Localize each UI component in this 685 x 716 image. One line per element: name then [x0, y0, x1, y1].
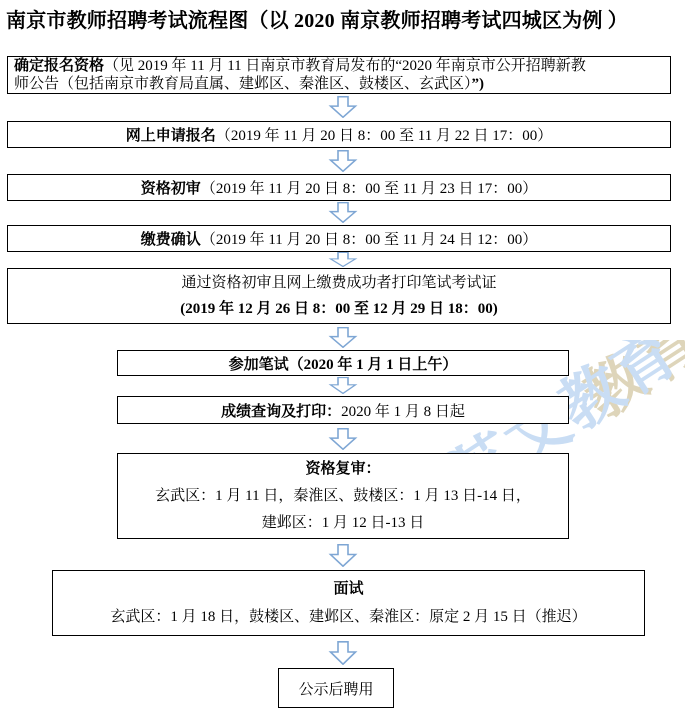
down-arrow-icon — [328, 252, 358, 267]
step-text-line: 玄武区：1 月 11 日，秦淮区、鼓楼区：1 月 13 日-14 日， — [118, 483, 568, 510]
step-text-line: 通过资格初审且网上缴费成功者打印笔试考试证 — [8, 270, 670, 296]
flow-step-public-announcement-hiring: 公示后聘用 — [278, 668, 394, 708]
step-text-line: 参加笔试（2020 年 1 月 1 日上午） — [118, 353, 568, 374]
down-arrow-icon — [328, 96, 358, 118]
flow-step-qualification-recheck: 资格复审：玄武区：1 月 11 日，秦淮区、鼓楼区：1 月 13 日-14 日，… — [117, 453, 569, 539]
step-text-line: 资格复审： — [118, 456, 568, 483]
step-text-line: 确定报名资格（见 2019 年 11 月 11 日南京市教育局发布的“2020 … — [8, 57, 670, 75]
flow-step-score-inquiry-print: 成绩查询及打印：2020 年 1 月 8 日起 — [117, 396, 569, 424]
flow-step-interview: 面试玄武区：1 月 18 日，鼓楼区、建邺区、秦淮区：原定 2 月 15 日（推… — [52, 570, 645, 636]
flow-step-payment-confirmation: 缴费确认（2019 年 11 月 20 日 8：00 至 11 月 24 日 1… — [7, 225, 671, 252]
down-arrow-icon — [328, 428, 358, 450]
down-arrow-icon — [328, 150, 358, 172]
flowchart-page: 南京市教师招聘考试流程图（以 2020 南京教师招聘考试四城区为例 ） 教育 苏… — [0, 0, 685, 716]
down-arrow-icon — [328, 202, 358, 223]
flow-step-initial-qualification-review: 资格初审（2019 年 11 月 20 日 8：00 至 11 月 23 日 1… — [7, 174, 671, 201]
watermark-tan-text: 教育 — [565, 340, 685, 435]
flow-step-print-written-exam-ticket: 通过资格初审且网上缴费成功者打印笔试考试证(2019 年 12 月 26 日 8… — [7, 268, 671, 324]
step-text-line: 玄武区：1 月 18 日，鼓楼区、建邺区、秦淮区：原定 2 月 15 日（推迟） — [53, 603, 644, 631]
step-text-line: 成绩查询及打印：2020 年 1 月 8 日起 — [118, 400, 568, 421]
step-text-line: 建邺区：1 月 12 日-13 日 — [118, 510, 568, 537]
step-text-line: 师公告（包括南京市教育局直属、建邺区、秦淮区、鼓楼区、玄武区）”) — [8, 75, 670, 93]
down-arrow-icon — [328, 544, 358, 567]
step-text-line: 缴费确认（2019 年 11 月 20 日 8：00 至 11 月 24 日 1… — [8, 228, 670, 249]
down-arrow-icon — [328, 641, 358, 665]
page-title: 南京市教师招聘考试流程图（以 2020 南京教师招聘考试四城区为例 ） — [6, 4, 628, 33]
step-text-line: 网上申请报名（2019 年 11 月 20 日 8：00 至 11 月 22 日… — [8, 124, 670, 145]
step-text-line: (2019 年 12 月 26 日 8：00 至 12 月 29 日 18：00… — [8, 296, 670, 322]
step-text-line: 公示后聘用 — [279, 678, 393, 699]
step-text-line: 面试 — [53, 575, 644, 603]
flow-step-confirm-eligibility: 确定报名资格（见 2019 年 11 月 11 日南京市教育局发布的“2020 … — [7, 56, 671, 94]
down-arrow-icon — [328, 327, 358, 348]
flow-step-online-application: 网上申请报名（2019 年 11 月 20 日 8：00 至 11 月 22 日… — [7, 121, 671, 148]
down-arrow-icon — [328, 377, 358, 394]
flow-step-written-exam: 参加笔试（2020 年 1 月 1 日上午） — [117, 350, 569, 376]
step-text-line: 资格初审（2019 年 11 月 20 日 8：00 至 11 月 23 日 1… — [8, 177, 670, 198]
